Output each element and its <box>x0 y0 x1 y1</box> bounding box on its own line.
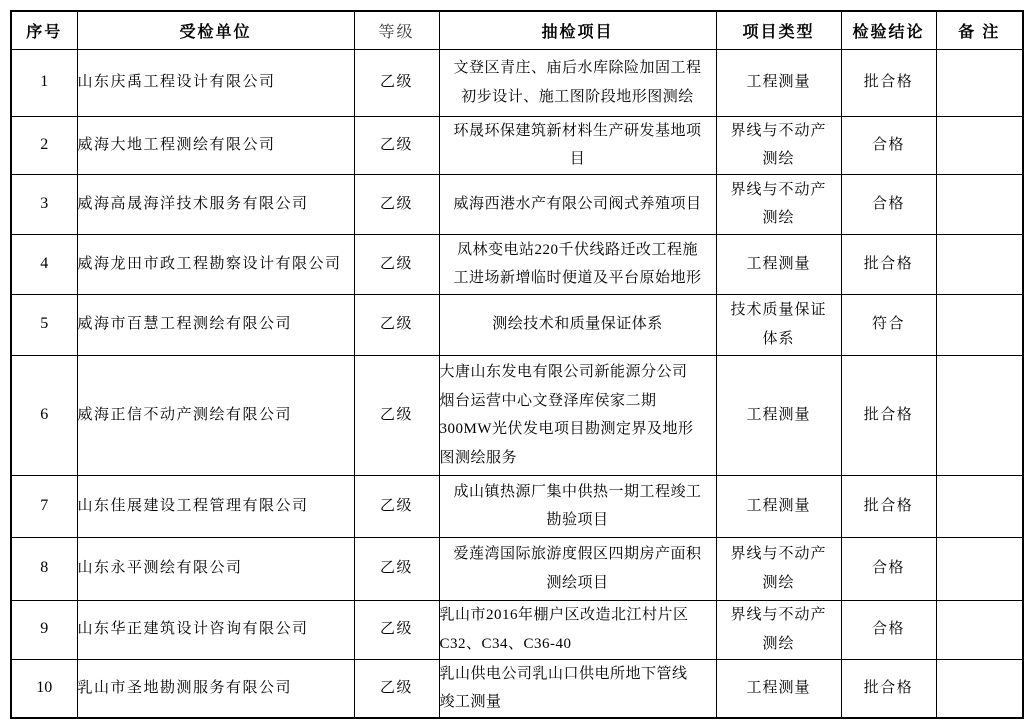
cell-conclusion: 合格 <box>841 600 936 659</box>
header-project: 抽检项目 <box>439 11 716 49</box>
cell-grade: 乙级 <box>354 116 439 174</box>
cell-unit: 山东佳展建设工程管理有限公司 <box>77 475 354 537</box>
cell-type: 工程测量 <box>716 475 841 537</box>
cell-grade: 乙级 <box>354 49 439 116</box>
cell-unit: 山东庆禹工程设计有限公司 <box>77 49 354 116</box>
header-no: 序号 <box>11 11 77 49</box>
table-header: 序号 受检单位 等级 抽检项目 项目类型 检验结论 备 注 <box>11 11 1023 49</box>
cell-project: 大唐山东发电有限公司新能源分公司 烟台运营中心文登泽库侯家二期 300MW光伏发… <box>439 355 716 475</box>
table-row: 2 威海大地工程测绘有限公司 乙级 环晟环保建筑新材料生产研发基地项 目 界线与… <box>11 116 1023 174</box>
cell-project: 成山镇热源厂集中供热一期工程竣工 勘验项目 <box>439 475 716 537</box>
cell-conclusion: 批合格 <box>841 355 936 475</box>
cell-grade: 乙级 <box>354 355 439 475</box>
cell-unit: 山东永平测绘有限公司 <box>77 537 354 600</box>
header-row: 序号 受检单位 等级 抽检项目 项目类型 检验结论 备 注 <box>11 11 1023 49</box>
cell-remark <box>936 116 1023 174</box>
cell-no: 8 <box>11 537 77 600</box>
cell-project: 爱莲湾国际旅游度假区四期房产面积 测绘项目 <box>439 537 716 600</box>
table-row: 8 山东永平测绘有限公司 乙级 爱莲湾国际旅游度假区四期房产面积 测绘项目 界线… <box>11 537 1023 600</box>
cell-remark <box>936 294 1023 355</box>
cell-conclusion: 符合 <box>841 294 936 355</box>
cell-grade: 乙级 <box>354 537 439 600</box>
cell-unit: 威海高晟海洋技术服务有限公司 <box>77 174 354 234</box>
cell-remark <box>936 475 1023 537</box>
cell-conclusion: 合格 <box>841 116 936 174</box>
cell-no: 9 <box>11 600 77 659</box>
cell-no: 7 <box>11 475 77 537</box>
cell-unit: 威海龙田市政工程勘察设计有限公司 <box>77 234 354 294</box>
cell-type: 工程测量 <box>716 234 841 294</box>
table-body: 1 山东庆禹工程设计有限公司 乙级 文登区青庄、庙后水库除险加固工程 初步设计、… <box>11 49 1023 718</box>
cell-unit: 威海市百慧工程测绘有限公司 <box>77 294 354 355</box>
cell-unit: 威海大地工程测绘有限公司 <box>77 116 354 174</box>
cell-remark <box>936 174 1023 234</box>
cell-type: 界线与不动产 测绘 <box>716 600 841 659</box>
cell-type: 界线与不动产 测绘 <box>716 174 841 234</box>
cell-type: 工程测量 <box>716 49 841 116</box>
cell-conclusion: 批合格 <box>841 49 936 116</box>
inspection-results-table: 序号 受检单位 等级 抽检项目 项目类型 检验结论 备 注 1 山东庆禹工程设计… <box>10 10 1024 719</box>
cell-remark <box>936 355 1023 475</box>
table-row: 4 威海龙田市政工程勘察设计有限公司 乙级 凤林变电站220千伏线路迁改工程施 … <box>11 234 1023 294</box>
cell-project: 环晟环保建筑新材料生产研发基地项 目 <box>439 116 716 174</box>
cell-type: 界线与不动产 测绘 <box>716 537 841 600</box>
cell-no: 10 <box>11 659 77 718</box>
cell-grade: 乙级 <box>354 294 439 355</box>
table-row: 1 山东庆禹工程设计有限公司 乙级 文登区青庄、庙后水库除险加固工程 初步设计、… <box>11 49 1023 116</box>
cell-project: 乳山市2016年棚户区改造北江村片区 C32、C34、C36-40 <box>439 600 716 659</box>
cell-no: 3 <box>11 174 77 234</box>
cell-type: 界线与不动产 测绘 <box>716 116 841 174</box>
cell-no: 1 <box>11 49 77 116</box>
cell-remark <box>936 659 1023 718</box>
cell-project: 乳山供电公司乳山口供电所地下管线 竣工测量 <box>439 659 716 718</box>
document-page: 序号 受检单位 等级 抽检项目 项目类型 检验结论 备 注 1 山东庆禹工程设计… <box>0 0 1024 728</box>
cell-remark <box>936 49 1023 116</box>
cell-conclusion: 合格 <box>841 174 936 234</box>
cell-no: 6 <box>11 355 77 475</box>
cell-type: 工程测量 <box>716 659 841 718</box>
header-type: 项目类型 <box>716 11 841 49</box>
cell-grade: 乙级 <box>354 234 439 294</box>
cell-no: 4 <box>11 234 77 294</box>
cell-conclusion: 批合格 <box>841 475 936 537</box>
cell-conclusion: 批合格 <box>841 234 936 294</box>
cell-grade: 乙级 <box>354 600 439 659</box>
cell-conclusion: 批合格 <box>841 659 936 718</box>
header-unit: 受检单位 <box>77 11 354 49</box>
cell-project: 测绘技术和质量保证体系 <box>439 294 716 355</box>
table-row: 5 威海市百慧工程测绘有限公司 乙级 测绘技术和质量保证体系 技术质量保证 体系… <box>11 294 1023 355</box>
cell-conclusion: 合格 <box>841 537 936 600</box>
cell-no: 2 <box>11 116 77 174</box>
cell-grade: 乙级 <box>354 475 439 537</box>
header-grade: 等级 <box>354 11 439 49</box>
cell-project: 文登区青庄、庙后水库除险加固工程 初步设计、施工图阶段地形图测绘 <box>439 49 716 116</box>
table-row: 9 山东华正建筑设计咨询有限公司 乙级 乳山市2016年棚户区改造北江村片区 C… <box>11 600 1023 659</box>
table-row: 10 乳山市圣地勘测服务有限公司 乙级 乳山供电公司乳山口供电所地下管线 竣工测… <box>11 659 1023 718</box>
cell-grade: 乙级 <box>354 659 439 718</box>
cell-unit: 威海正信不动产测绘有限公司 <box>77 355 354 475</box>
table-row: 3 威海高晟海洋技术服务有限公司 乙级 威海西港水产有限公司阀式养殖项目 界线与… <box>11 174 1023 234</box>
cell-project: 威海西港水产有限公司阀式养殖项目 <box>439 174 716 234</box>
cell-project: 凤林变电站220千伏线路迁改工程施 工进场新增临时便道及平台原始地形 <box>439 234 716 294</box>
cell-no: 5 <box>11 294 77 355</box>
header-conclusion: 检验结论 <box>841 11 936 49</box>
cell-remark <box>936 600 1023 659</box>
cell-type: 技术质量保证 体系 <box>716 294 841 355</box>
cell-remark <box>936 234 1023 294</box>
table-row: 6 威海正信不动产测绘有限公司 乙级 大唐山东发电有限公司新能源分公司 烟台运营… <box>11 355 1023 475</box>
cell-unit: 乳山市圣地勘测服务有限公司 <box>77 659 354 718</box>
cell-type: 工程测量 <box>716 355 841 475</box>
header-remark: 备 注 <box>936 11 1023 49</box>
cell-unit: 山东华正建筑设计咨询有限公司 <box>77 600 354 659</box>
table-row: 7 山东佳展建设工程管理有限公司 乙级 成山镇热源厂集中供热一期工程竣工 勘验项… <box>11 475 1023 537</box>
cell-grade: 乙级 <box>354 174 439 234</box>
cell-remark <box>936 537 1023 600</box>
